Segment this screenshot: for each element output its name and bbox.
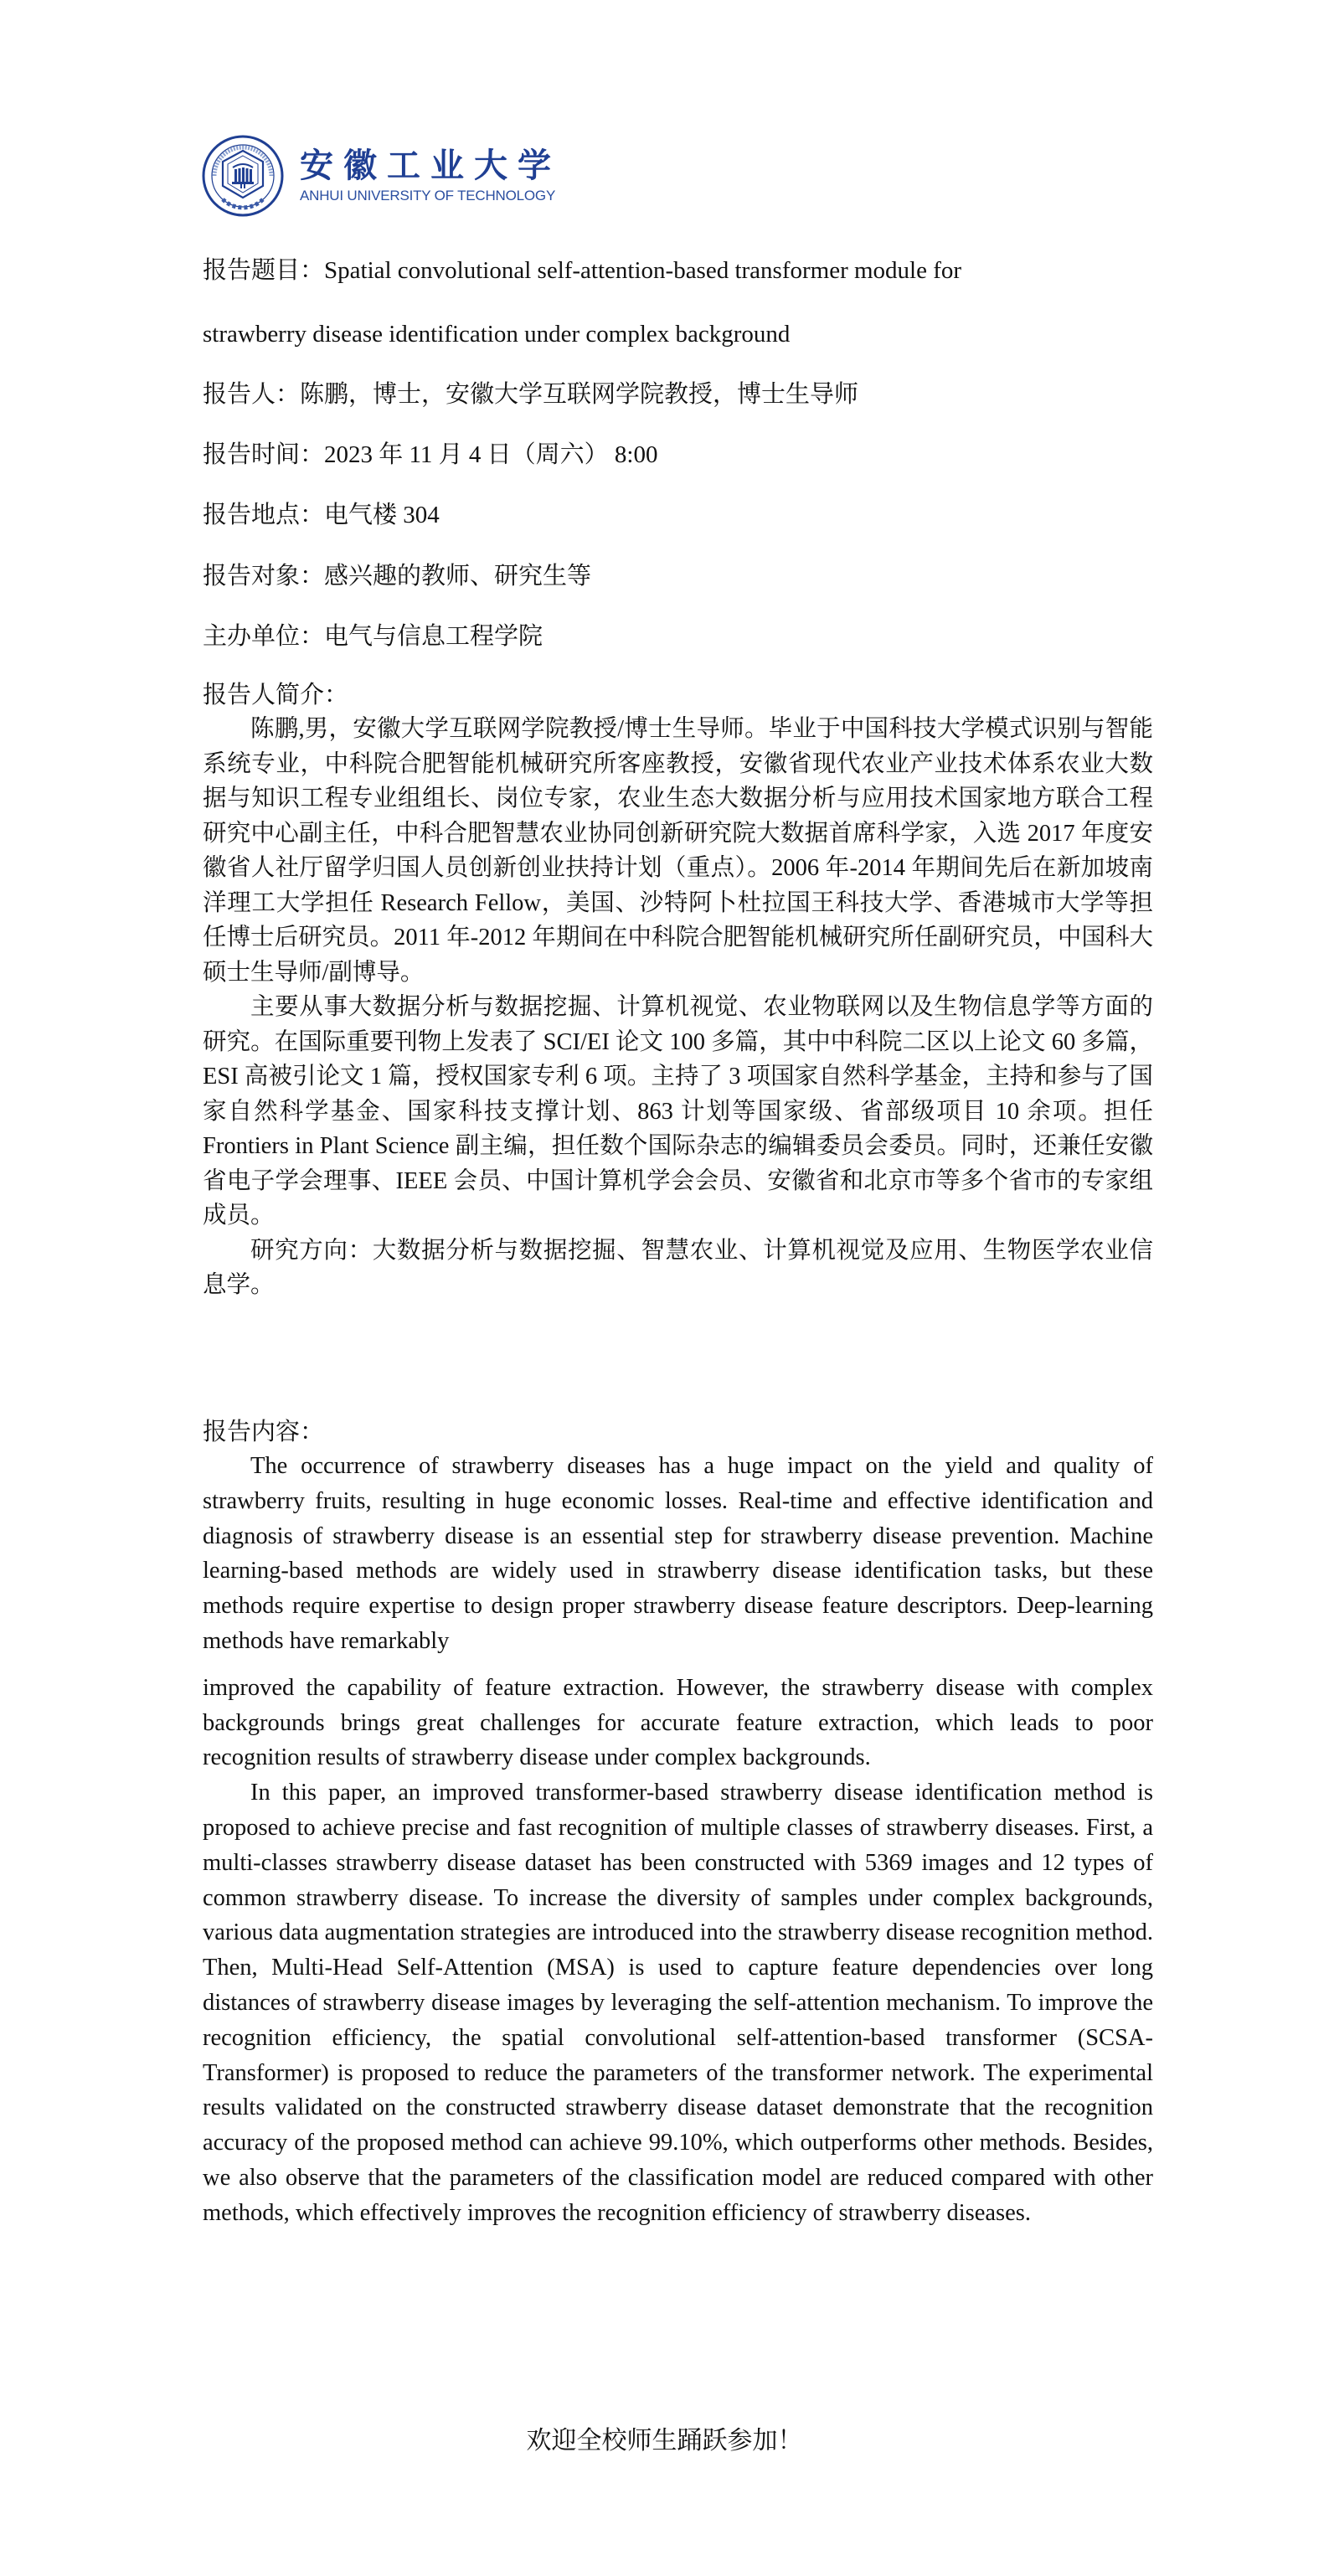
university-emblem-icon bbox=[201, 134, 285, 218]
abstract-paragraph-2: In this paper, an improved transformer-b… bbox=[203, 1775, 1153, 2230]
report-title-line1: 报告题目：Spatial convolutional self-attentio… bbox=[203, 255, 961, 286]
bio-paragraph-2: 主要从事大数据分析与数据挖掘、计算机视觉、农业物联网以及生物信息学等方面的研究。… bbox=[203, 990, 1153, 1234]
abstract-paragraph-1b: improved the capability of feature extra… bbox=[203, 1671, 1153, 1775]
bio-paragraph-3: 研究方向：大数据分析与数据挖掘、智慧农业、计算机视觉及应用、生物医学农业信息学。 bbox=[203, 1234, 1153, 1303]
content-heading: 报告内容： bbox=[203, 1415, 1153, 1449]
report-title-label: 报告题目： bbox=[203, 257, 324, 284]
speaker-line: 报告人：陈鹏，博士，安徽大学互联网学院教授，博士生导师 bbox=[203, 379, 858, 410]
welcome-message: 欢迎全校师生踊跃参加！ bbox=[0, 2424, 1329, 2458]
organizer-line: 主办单位：电气与信息工程学院 bbox=[203, 621, 543, 652]
report-title-line2: strawberry disease identification under … bbox=[203, 319, 790, 349]
report-content-section: 报告内容： The occurrence of strawberry disea… bbox=[203, 1415, 1153, 2231]
abstract-paragraph-1a: The occurrence of strawberry diseases ha… bbox=[203, 1449, 1153, 1659]
audience-line: 报告对象：感兴趣的教师、研究生等 bbox=[203, 561, 591, 591]
location-line: 报告地点：电气楼 304 bbox=[203, 500, 440, 530]
bio-paragraph-1: 陈鹏,男，安徽大学互联网学院教授/博士生导师。毕业于中国科技大学模式识别与智能系… bbox=[203, 712, 1153, 990]
time-line: 报告时间：2023 年 11 月 4 日（周六） 8:00 bbox=[203, 440, 657, 470]
bio-heading: 报告人简介： bbox=[203, 678, 1153, 712]
university-logo: 安徽工业大学 ANHUI UNIVERSITY OF TECHNOLOGY bbox=[201, 134, 561, 218]
logo-english-name: ANHUI UNIVERSITY OF TECHNOLOGY bbox=[300, 187, 561, 205]
report-title-text: Spatial convolutional self-attention-bas… bbox=[324, 257, 961, 284]
logo-chinese-name: 安徽工业大学 bbox=[300, 147, 561, 185]
speaker-bio-section: 报告人简介： 陈鹏,男，安徽大学互联网学院教授/博士生导师。毕业于中国科技大学模… bbox=[203, 678, 1153, 1303]
announcement-page: 安徽工业大学 ANHUI UNIVERSITY OF TECHNOLOGY 报告… bbox=[0, 0, 1329, 2576]
